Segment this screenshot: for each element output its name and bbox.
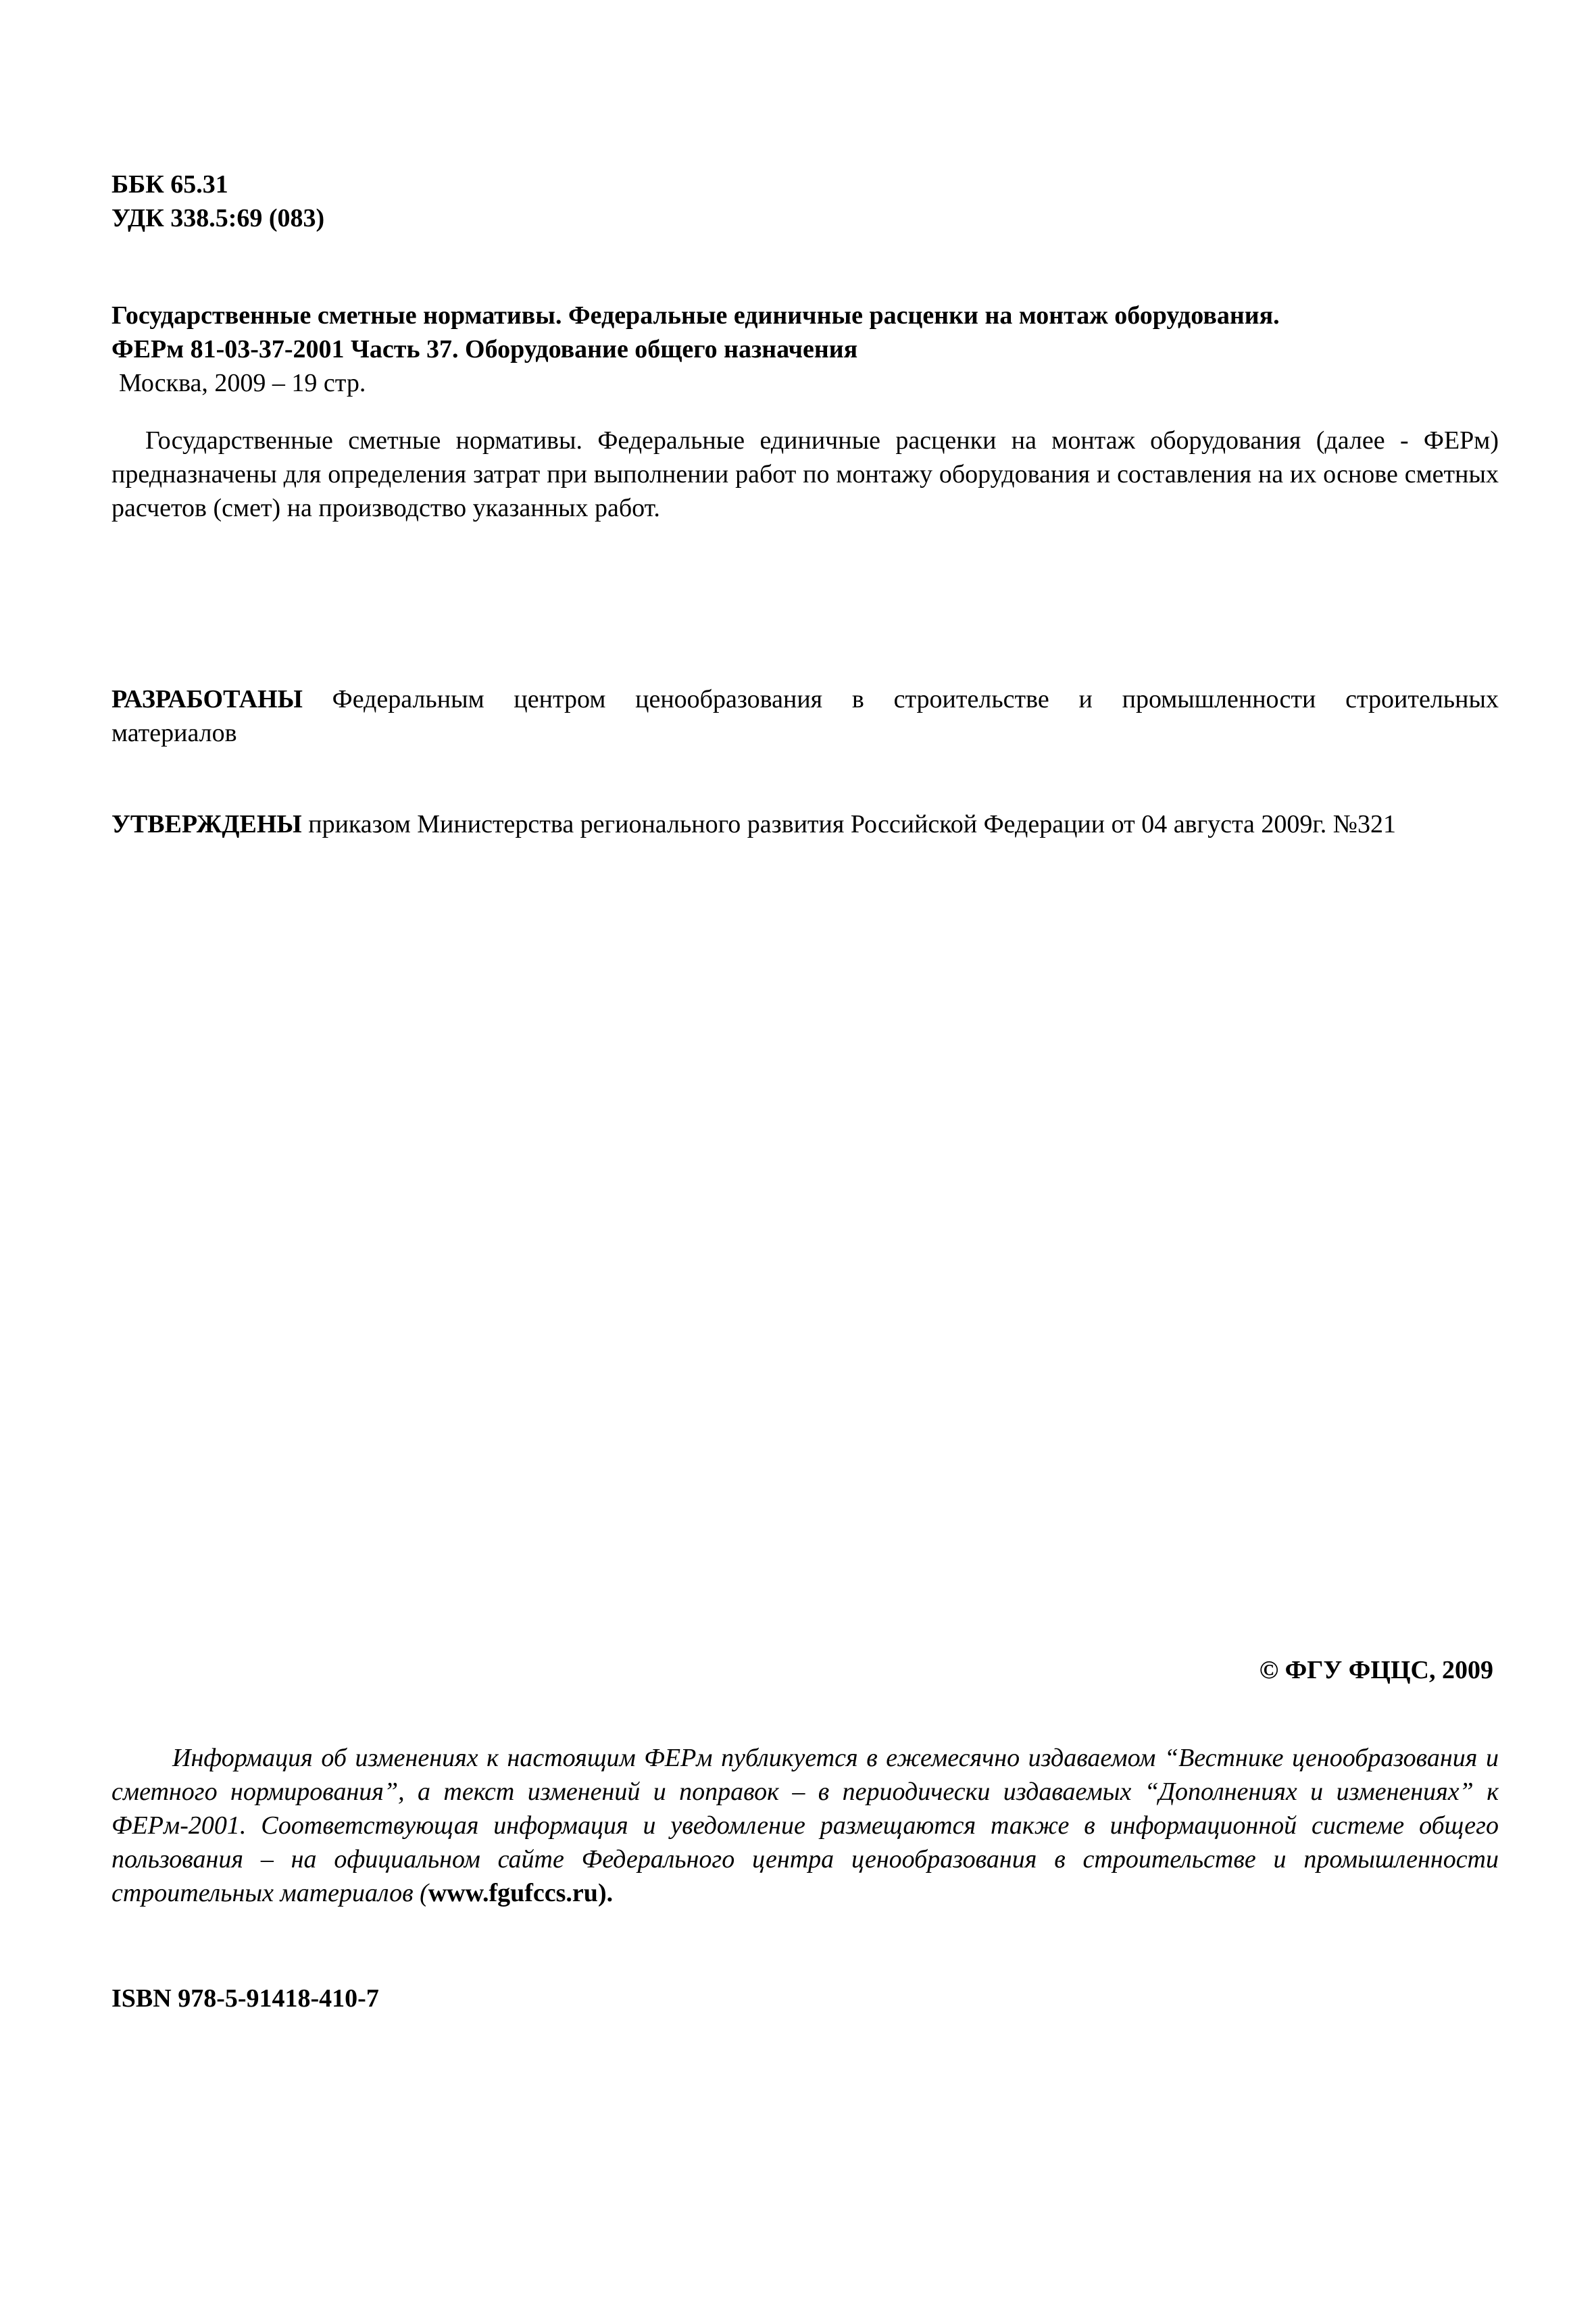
publication-place-line: Москва, 2009 – 19 стр. — [111, 366, 1499, 400]
approved-text: приказом Министерства регионального разв… — [302, 810, 1396, 838]
approved-by-statement: УТВЕРЖДЕНЫ приказом Министерства региона… — [111, 807, 1499, 841]
bbk-code: ББК 65.31 — [111, 168, 1499, 201]
bibliographic-title: Государственные сметные нормативы. Федер… — [111, 299, 1499, 400]
updates-notice-paragraph: Информация об изменениях к настоящим ФЕР… — [111, 1741, 1499, 1910]
copyright-notice: © ФГУ ФЦЦС, 2009 — [111, 1653, 1493, 1687]
title-line-1: Государственные сметные нормативы. Федер… — [111, 299, 1499, 332]
document-page: ББК 65.31 УДК 338.5:69 (083) Государстве… — [0, 0, 1596, 2314]
developed-text: Федеральным центром ценообразования в ст… — [111, 685, 1499, 747]
notice-text: Информация об изменениях к настоящим ФЕР… — [111, 1744, 1499, 1907]
isbn-text: ISBN 978-5-91418-410-7 — [111, 1984, 379, 2013]
developed-label: РАЗРАБОТАНЫ — [111, 685, 303, 713]
developed-by-statement: РАЗРАБОТАНЫ Федеральным центром ценообра… — [111, 682, 1499, 750]
udk-code: УДК 338.5:69 (083) — [111, 201, 1499, 235]
approved-label: УТВЕРЖДЕНЫ — [111, 810, 302, 838]
classification-codes: ББК 65.31 УДК 338.5:69 (083) — [111, 168, 1499, 235]
website-link[interactable]: www.fgufccs.ru — [428, 1879, 598, 1907]
description-text: Государственные сметные нормативы. Федер… — [111, 426, 1499, 522]
title-line-2: ФЕРм 81-03-37-2001 Часть 37. Оборудовани… — [111, 332, 1499, 366]
copyright-text: © ФГУ ФЦЦС, 2009 — [1260, 1656, 1493, 1684]
isbn: ISBN 978-5-91418-410-7 — [111, 1982, 1499, 2015]
description-paragraph: Государственные сметные нормативы. Федер… — [111, 424, 1499, 525]
notice-tail: ). — [598, 1879, 613, 1907]
